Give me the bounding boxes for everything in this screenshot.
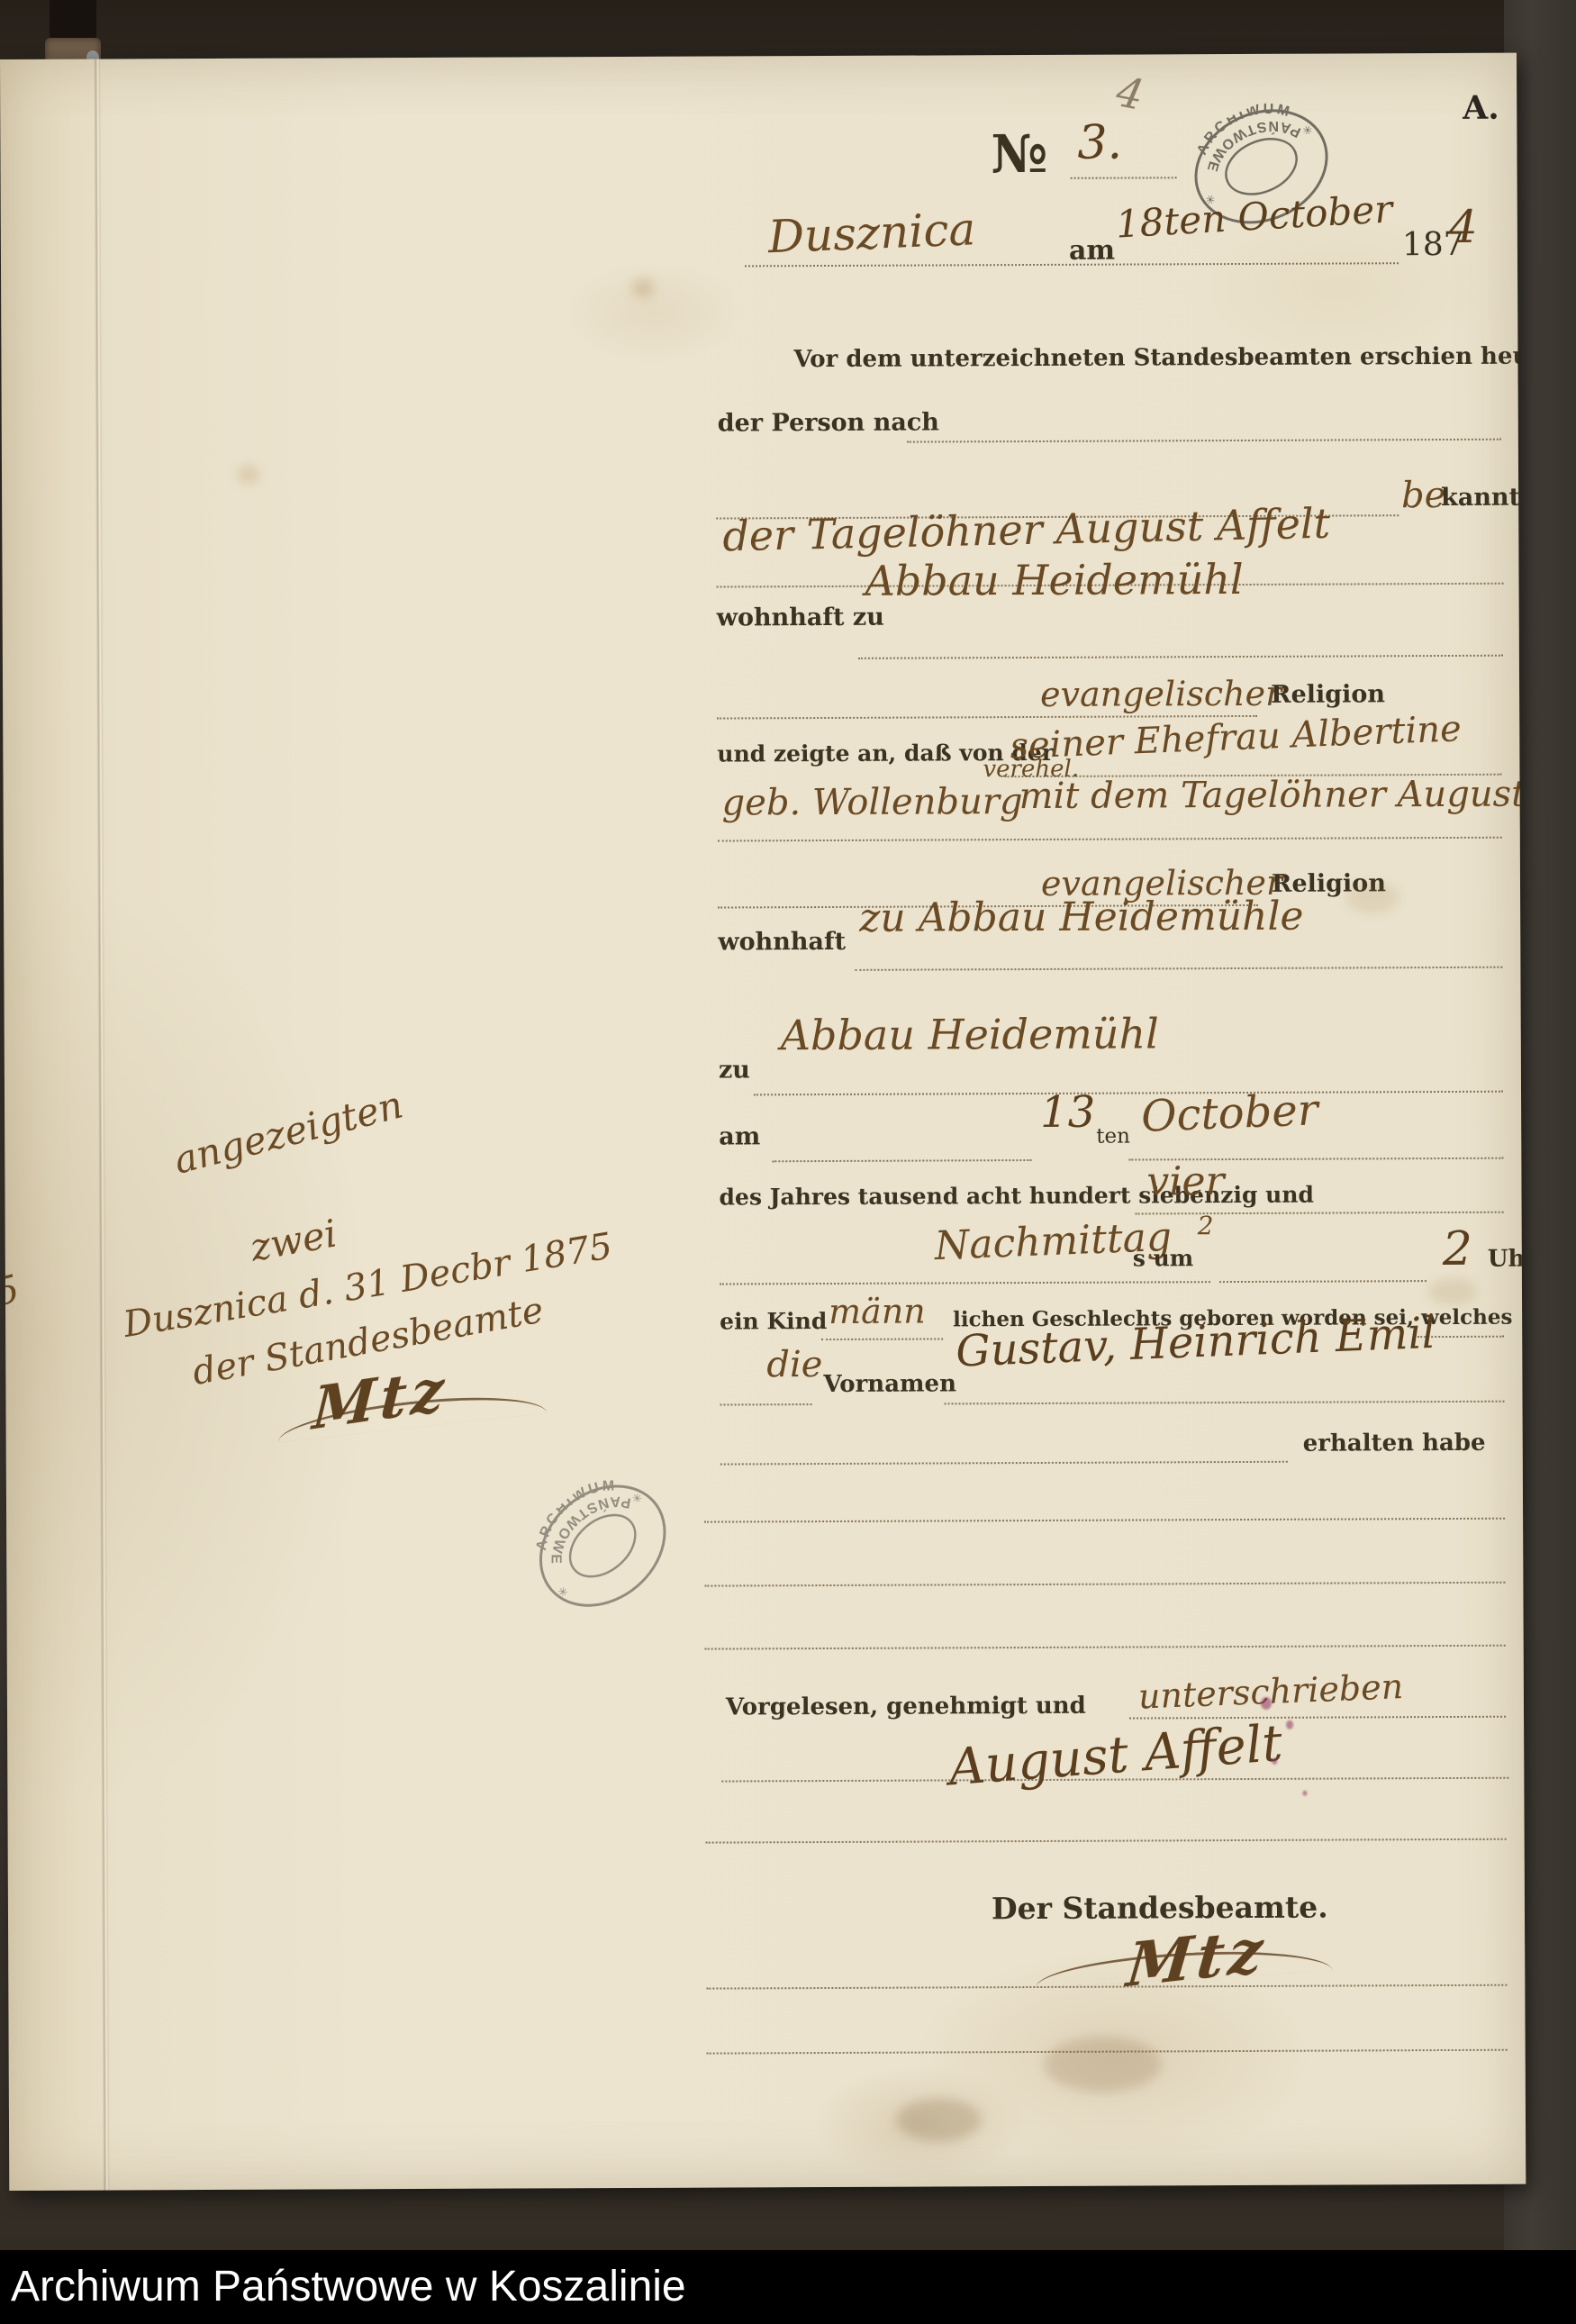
scanned-register-photo: 4 № 3. A. ARCHIWUM PAŃSTWOWE ✳ ✳ Dusznic… [0,0,1576,2324]
vornamen-label: Vornamen [823,1370,956,1398]
die-handwritten: die [766,1344,822,1385]
declarant-name-handwritten: der Tagelöhner August Affelt [722,499,1331,561]
page-fold-crease [94,59,109,2191]
red-ink-speck [1261,1697,1272,1710]
child-printed-1: ein Kind [720,1308,827,1335]
ten-suffix-label: ten [1096,1125,1130,1148]
registrar-label: Der Standesbeamte. [992,1890,1328,1927]
dotted-line [855,967,1502,971]
mother-birthname-handwritten: geb. Wollenburg [722,781,1023,823]
age-stain [1428,1278,1477,1305]
dotted-line [945,1401,1505,1405]
red-ink-speck [1302,1791,1307,1796]
birth-month-handwritten: October [1140,1085,1319,1142]
form-corner-letter: A. [1463,89,1499,127]
dotted-line [907,439,1501,443]
dotted-line [1071,177,1177,179]
dotted-line [706,1838,1507,1844]
margin-note-line1: angezeigten [169,1082,407,1182]
margin-note-line2: zwei [247,1211,340,1269]
birth-year-word-handwritten: vier [1146,1158,1224,1204]
dotted-line [754,1091,1503,1096]
birth-year-printed: des Jahres tausend acht hundert siebenzi… [719,1182,1314,1211]
archive-oval-stamp: ARCHIWUM PAŃSTWOWE ✳ ✳ [510,1455,695,1638]
residence-label: wohnhaft zu [717,604,884,632]
birthplace-label: zu [719,1056,750,1084]
person-nach-label: der Person nach [718,408,939,437]
dotted-line [704,1582,1505,1587]
mother-husband-handwritten: mit dem Tagelöhner August Affe [1019,773,1526,817]
age-stain [1345,882,1399,912]
red-ink-speck [1272,1758,1277,1765]
pencil-page-number: 4 [1112,67,1148,120]
dotted-line [858,655,1503,659]
dotted-line [704,1518,1505,1523]
birthdate-am-label: am [719,1122,760,1150]
dotted-line [706,1984,1507,1990]
residence-handwritten: Abbau Heidemühl [865,555,1243,605]
dotted-line [1129,1716,1506,1720]
archive-watermark-bar: Archiwum Państwowe w Koszalinie [0,2250,1576,2324]
dotted-line [720,1281,1210,1285]
year-digit-handwritten: 4 [1449,201,1478,253]
closing-printed: Vorgelesen, genehmigt und [726,1693,1086,1721]
time-small-digit-handwritten: 2 [1198,1211,1214,1240]
birth-hour-handwritten: 2 [1443,1222,1472,1276]
am-label: am [1069,235,1115,267]
form-intro-line: Vor dem unterzeichneten Standesbeamten e… [793,342,1526,373]
dotted-line [821,1338,943,1340]
dotted-line [705,1645,1506,1650]
religion-label: Religion [1271,680,1385,709]
age-stain [896,2098,982,2141]
known-printed: kannt [1441,484,1520,512]
received-label: erhalten habe [1303,1430,1486,1457]
declarant-signature: August Affelt [947,1714,1284,1797]
birth-day-handwritten: 13 [1040,1087,1095,1138]
dotted-line [718,837,1502,842]
residence2-handwritten: zu Abbau Heidemühle [859,894,1304,941]
archive-watermark-text: Archiwum Państwowe w Koszalinie [11,2250,686,2324]
record-number-label: № [991,123,1047,185]
dotted-line [1219,1280,1427,1283]
stamp-star-icon: ✳ [556,1584,572,1602]
red-ink-speck [1286,1720,1293,1729]
age-stain [1045,2036,1162,2093]
residence2-label: wohnhaft [718,928,846,957]
closing-handwritten: unterschrieben [1137,1666,1404,1717]
age-stain [631,278,655,298]
religion-handwritten: evangelischer [1040,674,1282,714]
dotted-line [720,1461,1288,1466]
record-place-handwritten: Dusznica [767,203,976,263]
dotted-line [772,1159,1031,1162]
record-number-value: 3. [1077,116,1122,170]
register-page: 4 № 3. A. ARCHIWUM PAŃSTWOWE ✳ ✳ Dusznic… [0,53,1526,2191]
birthplace-handwritten: Abbau Heidemühl [781,1009,1159,1059]
dotted-line [720,1403,812,1405]
dotted-line [1136,1212,1504,1215]
time-printed: s um [1133,1245,1194,1271]
age-stain [238,466,259,484]
record-date-handwritten: 18ten October [1115,186,1394,246]
gender-handwritten: männ [829,1292,926,1331]
known-prefix-handwritten: be [1401,475,1445,516]
uhr-label: Uhr [1488,1246,1526,1273]
